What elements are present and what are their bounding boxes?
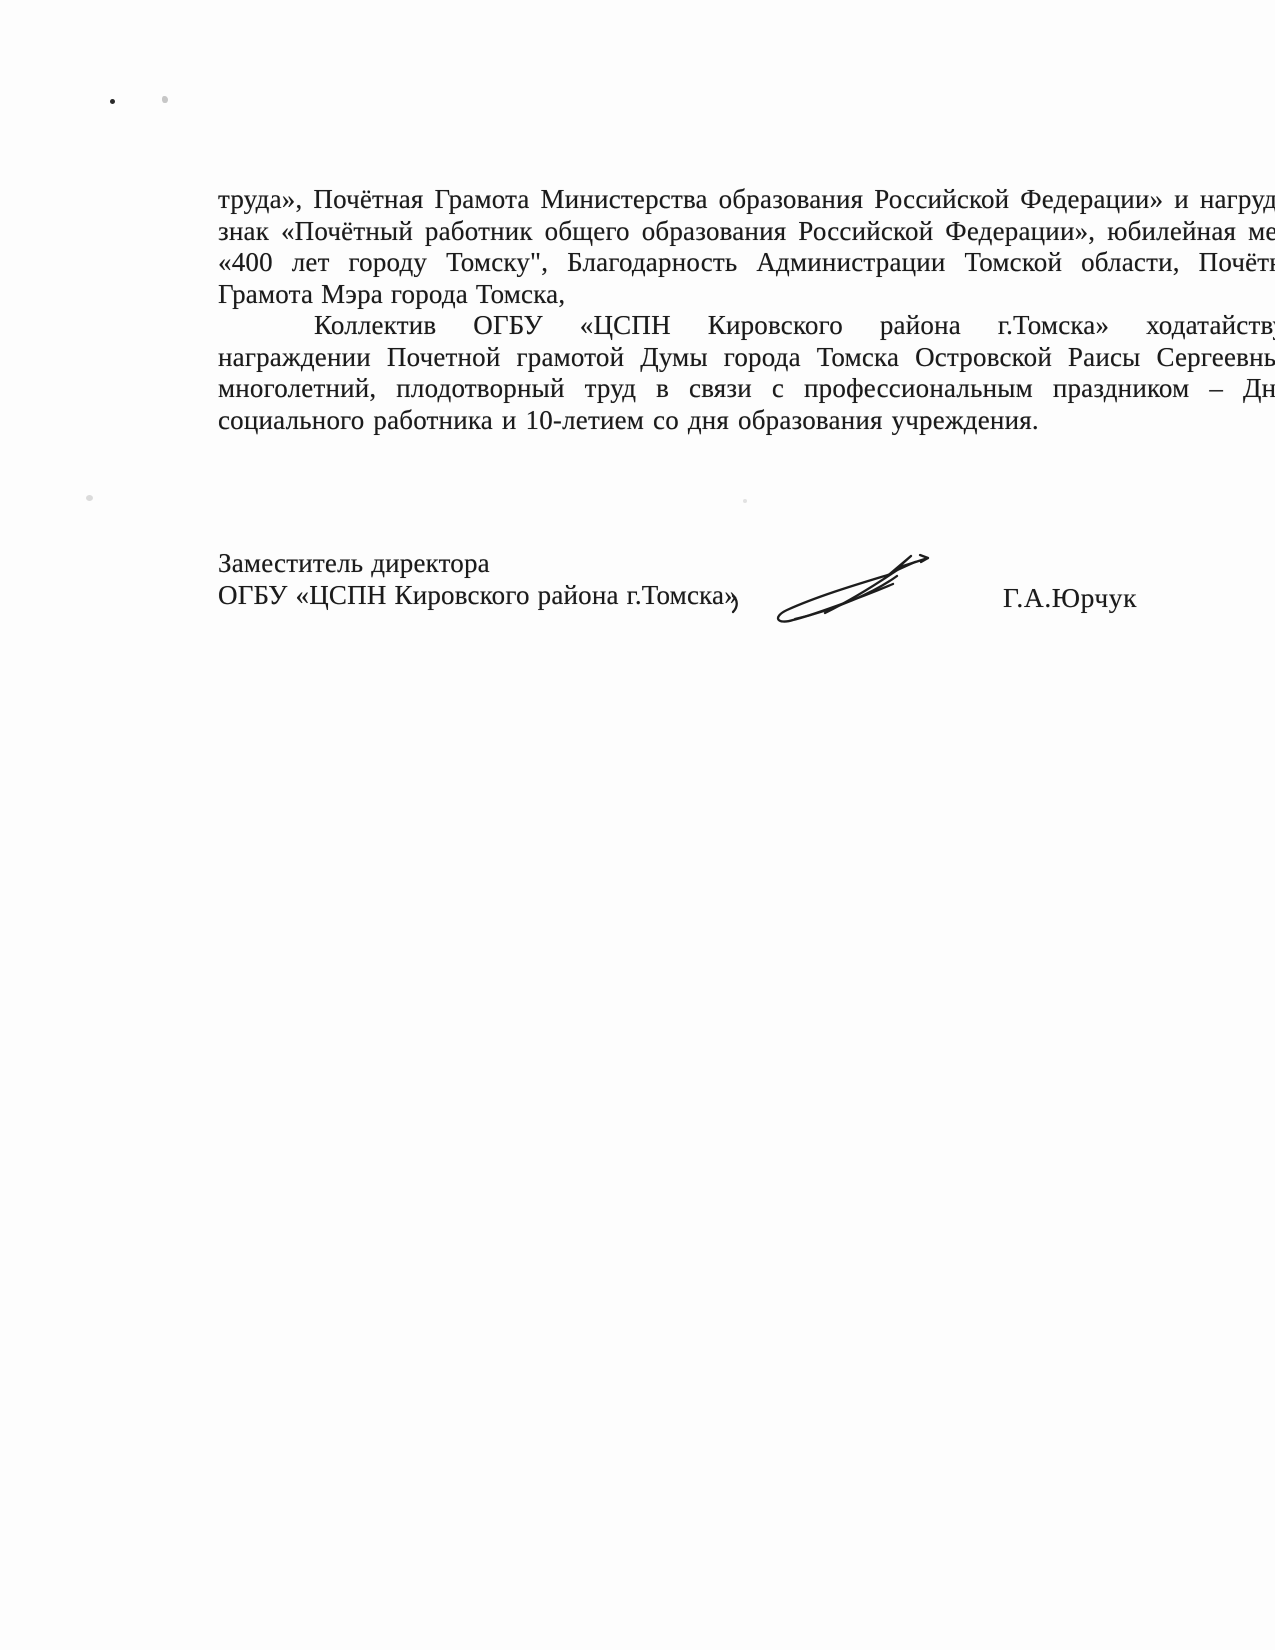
- body-line: многолетний, плодотворный труд в связи с…: [218, 373, 1275, 405]
- scan-speck: [743, 499, 747, 503]
- body-line-paragraph-indent: Коллектив ОГБУ «ЦСПН Кировского района г…: [218, 310, 1275, 342]
- body-line: награждении Почетной грамотой Думы город…: [218, 342, 1275, 374]
- handwritten-signature-icon: [725, 540, 935, 635]
- body-line: труда», Почётная Грамота Министерства об…: [218, 184, 1275, 216]
- scanned-letter-page: труда», Почётная Грамота Министерства об…: [0, 0, 1275, 1650]
- signer-name: Г.А.Юрчук: [1003, 583, 1137, 613]
- body-line: знак «Почётный работник общего образован…: [218, 216, 1275, 248]
- body-line: «400 лет городу Томску", Благодарность А…: [218, 247, 1275, 279]
- scan-speck: [110, 99, 115, 104]
- letter-body: труда», Почётная Грамота Министерства об…: [218, 184, 1275, 436]
- body-line: Грамота Мэра города Томска,: [218, 279, 1275, 311]
- scan-speck: [162, 96, 168, 103]
- body-line: социального работника и 10-летием со дня…: [218, 405, 1275, 437]
- scan-speck: [86, 495, 93, 501]
